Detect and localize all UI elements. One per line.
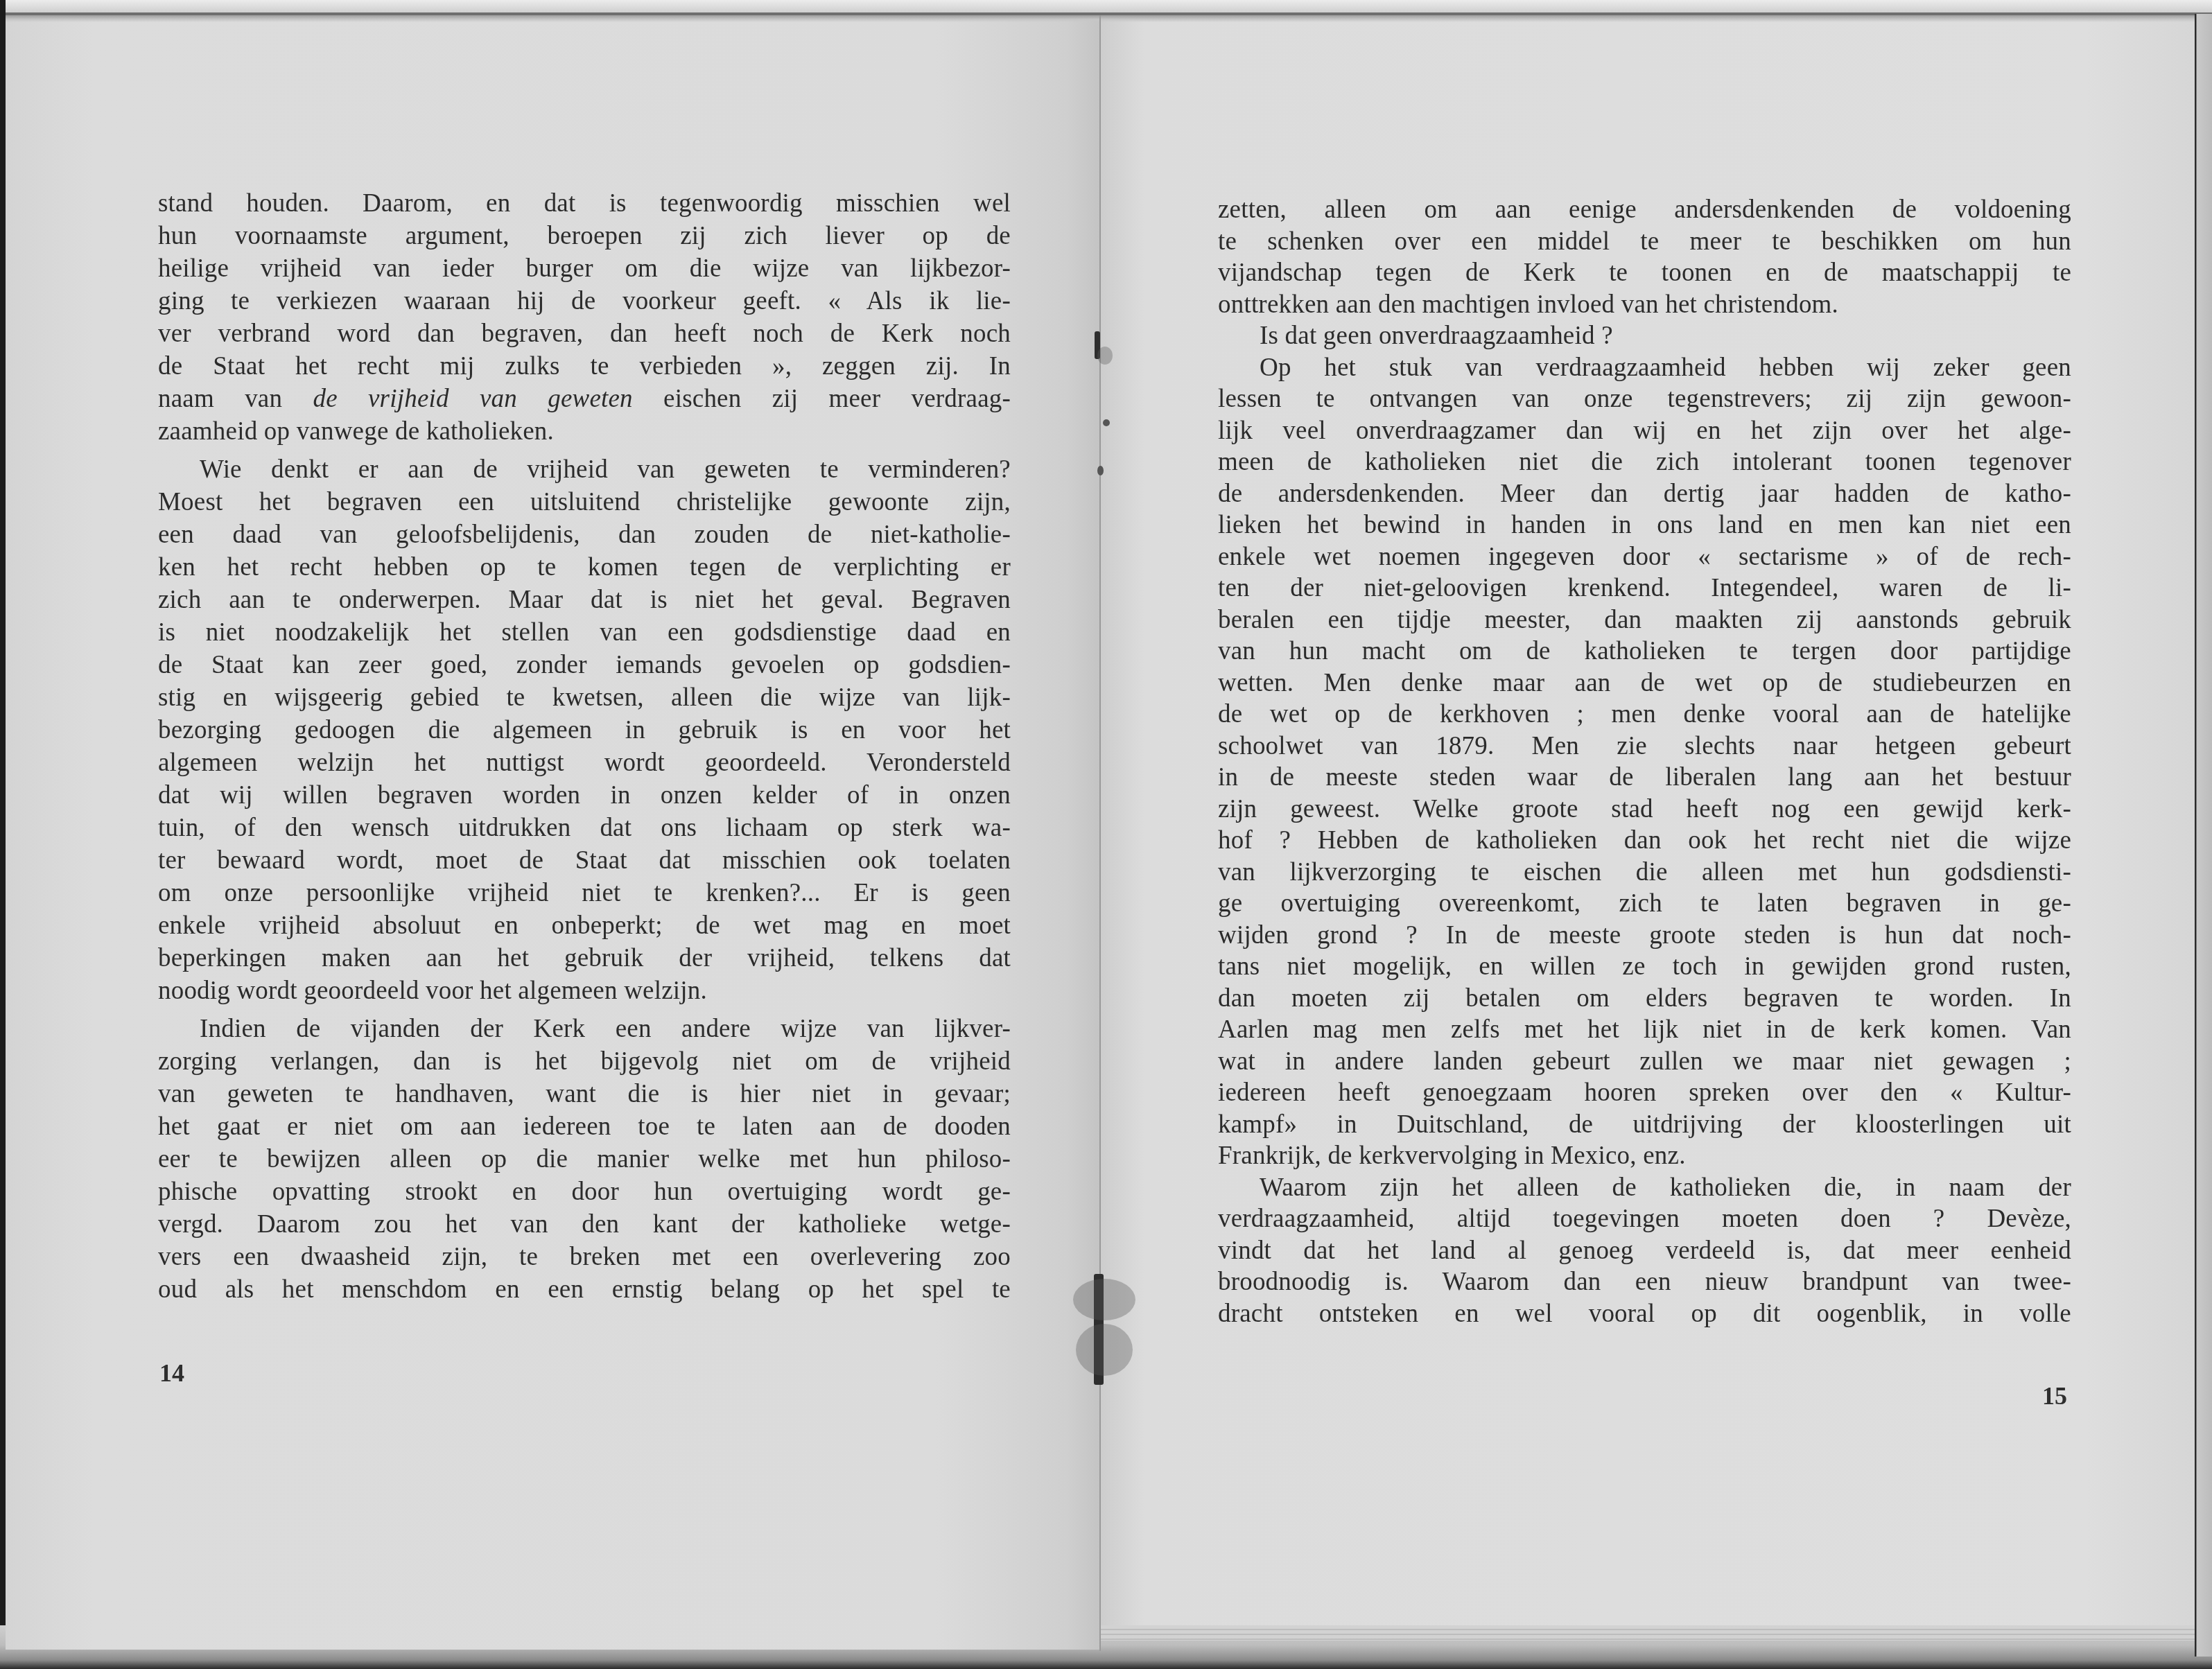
water-stain (1097, 347, 1113, 365)
text-line: Frankrijk, de kerkvervolging in Mexico, … (1218, 1140, 2071, 1172)
text-line: de Staat het recht mij zulks te verbiede… (158, 350, 1011, 383)
text-line: Op het stuk van verdraagzaamheid hebben … (1218, 352, 2071, 384)
text-line: kampf» in Duitschland, de uitdrijving de… (1218, 1109, 2071, 1141)
text-line: is niet noodzakelijk het stellen van een… (158, 616, 1011, 649)
text-line: Wie denkt er aan de vrijheid van geweten… (158, 453, 1011, 486)
page-number-left: 14 (159, 1358, 184, 1388)
text-line: zaamheid op vanwege de katholieken. (158, 415, 1011, 448)
text-line: ging te verkiezen waaraan hij de voorkeu… (158, 285, 1011, 317)
text-line: zijn geweest. Welke groote stad heeft no… (1218, 794, 2071, 825)
text-line: vergd. Daarom zou het van den kant der k… (158, 1208, 1011, 1241)
text-line: verdraagzaamheid, altijd toegevingen moe… (1218, 1203, 2071, 1235)
text-line: heilige vrijheid van ieder burger om die… (158, 252, 1011, 285)
text-line: vers een dwaasheid zijn, te breken met e… (158, 1241, 1011, 1273)
text-line: hof ? Hebben de katholieken dan ook het … (1218, 825, 2071, 857)
text-line: oud als het menschdom en een ernstig bel… (158, 1273, 1011, 1306)
text-line: stig en wijsgeerig gebied te kwetsen, al… (158, 681, 1011, 714)
text-line: lessen te ontvangen van onze tegenstreve… (1218, 383, 2071, 415)
text-line: een daad van geloofsbelijdenis, dan zoud… (158, 518, 1011, 551)
text-line: van geweten te handhaven, want die is hi… (158, 1078, 1011, 1110)
text-line: ten der niet-geloovigen krenkend. Intege… (1218, 573, 2071, 604)
text-line: eer te bewijzen alleen op die manier wel… (158, 1143, 1011, 1176)
text-line: iedereen heeft genoegzaam hooren spreken… (1218, 1077, 2071, 1109)
text-line: de wet op de kerkhoven ; men denke voora… (1218, 699, 2071, 731)
text-line: stand houden. Daarom, en dat is tegenwoo… (158, 187, 1011, 220)
text-line: lijk veel onverdraagzamer dan wij en het… (1218, 415, 2071, 447)
text-line: meen de katholieken niet die zich intole… (1218, 446, 2071, 478)
paper-speck (1097, 466, 1104, 475)
text-line: Aarlen mag men zelfs met het lijk niet i… (1218, 1014, 2071, 1046)
text-line: dat wij willen begraven worden in onzen … (158, 779, 1011, 812)
page-top-edge (1101, 15, 2195, 22)
text-line: bezorging gedoogen die algemeen in gebru… (158, 714, 1011, 746)
text-line: zich aan te onderwerpen. Maar dat is nie… (158, 584, 1011, 616)
text-line: Waarom zijn het alleen de katholieken di… (1218, 1172, 2071, 1204)
text-line: zetten, alleen om aan eenige andersdenke… (1218, 194, 2071, 226)
text-line: van lijkverzorging te eischen die alleen… (1218, 857, 2071, 889)
text-line: te schenken over een middel te meer te b… (1218, 226, 2071, 258)
text-line: naam van de vrijheid van geweten eischen… (158, 383, 1011, 415)
left-page-text: stand houden. Daarom, en dat is tegenwoo… (158, 187, 1011, 1306)
water-stain (1073, 1279, 1135, 1320)
text-line: ter bewaard wordt, moet de Staat dat mis… (158, 844, 1011, 877)
paper-speck (1103, 419, 1110, 426)
text-line: wat in andere landen gebeurt zullen we m… (1218, 1046, 2071, 1078)
text-line: enkele wet noemen ingegeven door « secta… (1218, 541, 2071, 573)
text-segment: naam van (158, 385, 313, 413)
italic-phrase: de vrijheid van geweten (313, 385, 632, 413)
text-line: phische opvatting strookt en door hun ov… (158, 1176, 1011, 1208)
water-stain (1076, 1324, 1133, 1376)
right-page-text: zetten, alleen om aan eenige andersdenke… (1218, 194, 2071, 1329)
text-line: algemeen welzijn het nuttigst wordt geoo… (158, 746, 1011, 779)
text-line: onttrekken aan den machtigen invloed van… (1218, 289, 2071, 321)
scan-top-margin (0, 0, 2212, 12)
cover-edge-left (0, 0, 6, 1669)
text-line: om onze persoonlijke vrijheid niet te kr… (158, 877, 1011, 909)
text-line: tuin, of den wensch uitdrukken dat ons l… (158, 812, 1011, 844)
text-line: wetten. Men denke maar aan de wet op de … (1218, 667, 2071, 699)
text-line: beperkingen maken aan het gebruik der vr… (158, 942, 1011, 975)
text-line: dan moeten zij betalen om elders begrave… (1218, 983, 2071, 1015)
text-line: hun voornaamste argument, beroepen zij z… (158, 220, 1011, 252)
text-line: schoolwet van 1879. Men zie slechts naar… (1218, 731, 2071, 762)
text-line: van hun macht om de katholieken te terge… (1218, 636, 2071, 667)
text-line: broodnoodig is. Waarom dan een nieuw bra… (1218, 1266, 2071, 1298)
text-segment: eischen zij meer verdraag- (633, 385, 1011, 413)
text-line: ver verbrand word dan begraven, dan heef… (158, 317, 1011, 350)
text-line: wijden grond ? In de meeste groote stede… (1218, 920, 2071, 952)
text-line: Indien de vijanden der Kerk een andere w… (158, 1013, 1011, 1045)
cover-edge-right (2195, 14, 2212, 1657)
page-top-edge (6, 15, 1099, 22)
text-line: ken het recht hebben op te komen tegen d… (158, 551, 1011, 584)
text-line: de Staat kan zeer goed, zonder iemands g… (158, 649, 1011, 681)
text-line: de andersdenkenden. Meer dan dertig jaar… (1218, 478, 2071, 510)
text-line: ge overtuiging overeenkomt, zich te late… (1218, 888, 2071, 920)
text-line: enkele vrijheid absoluut en onbeperkt; d… (158, 909, 1011, 942)
text-line: het gaat er niet om aan iedereen toe te … (158, 1110, 1011, 1143)
text-line: in de meeste steden waar de liberalen la… (1218, 762, 2071, 794)
text-line: zorging verlangen, dan is het bijgevolg … (158, 1045, 1011, 1078)
text-line: tans niet mogelijk, en willen ze toch in… (1218, 951, 2071, 983)
text-line: Is dat geen onverdraagzaamheid ? (1218, 320, 2071, 352)
page-stack-edge (1101, 1625, 2195, 1641)
text-line: beralen een tijdje meester, dan maakten … (1218, 604, 2071, 636)
text-line: lieken het bewind in handen in ons land … (1218, 509, 2071, 541)
book-spine-fold (1099, 15, 1101, 1651)
text-line: noodig wordt geoordeeld voor het algemee… (158, 975, 1011, 1007)
text-line: vijandschap tegen de Kerk te toonen en d… (1218, 257, 2071, 289)
page-number-right: 15 (2042, 1381, 2067, 1410)
text-line: dracht ontsteken en wel vooral op dit oo… (1218, 1298, 2071, 1330)
text-line: Moest het begraven een uitsluitend chris… (158, 486, 1011, 518)
text-line: vindt dat het land al genoeg verdeeld is… (1218, 1235, 2071, 1267)
